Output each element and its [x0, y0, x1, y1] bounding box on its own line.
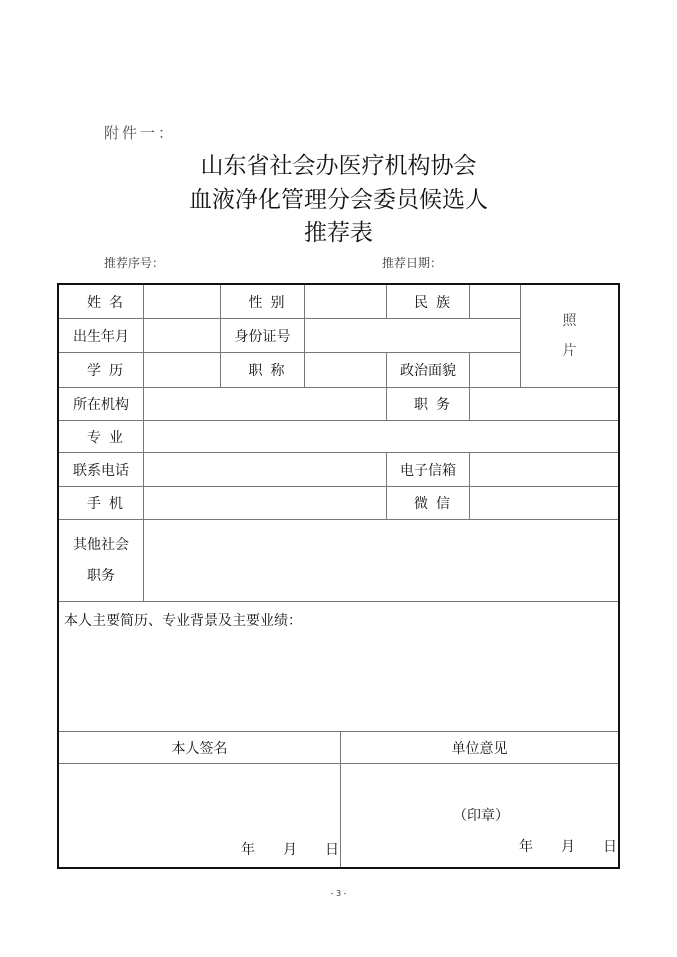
unit-opinion-field[interactable]: （印章） 年月日 [341, 764, 618, 867]
unit-opinion-date: 年月日 [519, 836, 617, 856]
title-line-2: 血液净化管理分会委员候选人 [0, 181, 677, 214]
photo-label-2: 片 [563, 336, 577, 366]
phone-label: 联系电话 [59, 453, 143, 486]
unit-date-month: 月 [561, 836, 575, 856]
photo-label-1: 照 [563, 306, 577, 336]
unit-opinion-label: 单位意见 [341, 732, 618, 763]
signature-date-day: 日 [325, 839, 339, 859]
signature-label: 本人签名 [59, 732, 340, 763]
recommendation-form-table: 姓名 性别 民族 照 片 出生年月 身份证号 学历 职称 政治面貌 所在机构 职… [57, 283, 620, 869]
birth-field[interactable] [144, 319, 220, 352]
birth-label: 出生年月 [59, 319, 143, 352]
id-number-label: 身份证号 [221, 319, 304, 352]
email-field[interactable] [470, 453, 618, 486]
recommend-date-label: 推荐日期： [382, 254, 442, 271]
id-number-field[interactable] [305, 319, 520, 352]
resume-field[interactable]: 本人主要简历、专业背景及主要业绩： [59, 602, 618, 731]
professional-title-label: 职称 [221, 353, 312, 387]
name-field[interactable] [144, 285, 220, 318]
recommend-number-label: 推荐序号： [104, 254, 164, 271]
major-field[interactable] [144, 421, 618, 452]
position-label: 职务 [387, 388, 477, 420]
ethnicity-field[interactable] [470, 285, 520, 318]
unit-date-day: 日 [603, 836, 617, 856]
mobile-label: 手机 [59, 487, 151, 519]
institution-label: 所在机构 [59, 388, 143, 420]
name-label: 姓名 [59, 285, 151, 318]
signature-date: 年月日 [241, 839, 339, 859]
signature-date-year: 年 [241, 839, 255, 859]
other-roles-label-line-1: 其他社会 [73, 530, 129, 561]
phone-field[interactable] [144, 453, 386, 486]
mobile-field[interactable] [144, 487, 386, 519]
education-label: 学历 [59, 353, 151, 387]
unit-date-year: 年 [519, 836, 533, 856]
title-line-1: 山东省社会办医疗机构协会 [0, 147, 677, 180]
political-status-label: 政治面貌 [387, 353, 469, 387]
education-field[interactable] [144, 353, 220, 387]
signature-field[interactable]: 年月日 [59, 764, 340, 867]
position-field[interactable] [470, 388, 618, 420]
signature-date-month: 月 [283, 839, 297, 859]
ethnicity-label: 民族 [387, 285, 477, 318]
major-label: 专业 [59, 421, 151, 452]
attachment-label: 附件一： [104, 122, 176, 143]
gender-field[interactable] [305, 285, 386, 318]
wechat-label: 微信 [387, 487, 477, 519]
other-roles-field[interactable] [144, 520, 618, 601]
other-roles-label: 其他社会 职务 [59, 520, 143, 601]
professional-title-field[interactable] [305, 353, 386, 387]
resume-label: 本人主要简历、专业背景及主要业绩： [64, 610, 302, 630]
institution-field[interactable] [144, 388, 386, 420]
wechat-field[interactable] [470, 487, 618, 519]
page-number: - 3 - [0, 889, 677, 898]
seal-label: （印章） [453, 805, 509, 825]
title-line-3: 推荐表 [0, 214, 677, 247]
political-status-field[interactable] [470, 353, 520, 387]
gender-label: 性别 [221, 285, 312, 318]
email-label: 电子信箱 [387, 453, 469, 486]
other-roles-label-line-2: 职务 [87, 561, 115, 592]
photo-box[interactable]: 照 片 [521, 285, 618, 387]
